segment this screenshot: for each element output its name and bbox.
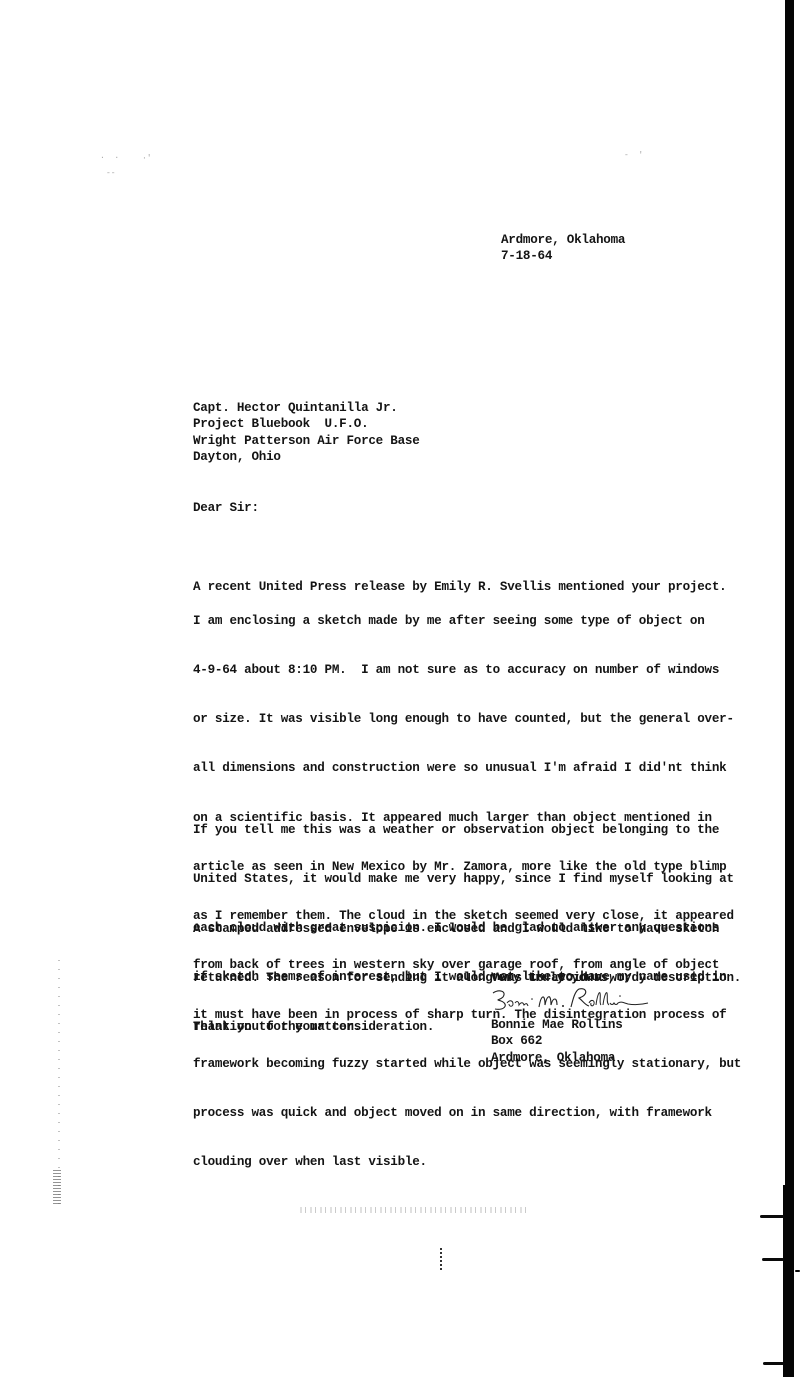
handwritten-signature: Bonnie M. Rollins [489,985,659,1015]
sender-city: Ardmore, Oklahoma [501,232,625,248]
scan-speck: ·' [142,155,152,163]
paragraph-line: all dimensions and construction were so … [193,760,741,776]
paragraph-line: 4-9-64 about 8:10 PM. I am not sure as t… [193,662,741,678]
closing: Very truly yours, [491,970,615,986]
scan-border-right [785,0,794,1377]
body-paragraph-4: A stamped addressed envelope is enclosed… [193,888,741,1068]
sender-address: Ardmore, Oklahoma7-18-64 [501,232,625,265]
scan-edge-tick [760,1215,784,1218]
paragraph-line: If you tell me this was a weather or obs… [193,822,734,838]
scan-border-right-lower [783,1185,793,1377]
paragraph-line: United States, it would make me very hap… [193,871,734,887]
scan-noise [53,1170,61,1205]
signer-city: Ardmore, Oklahoma [491,1050,623,1066]
scan-speck: . . [100,153,119,161]
signer-box: Box 662 [491,1033,623,1049]
scan-noise [440,1248,442,1270]
scan-noise [300,1207,530,1213]
recipient-project: Project Bluebook U.F.O. [193,416,420,432]
recipient-address: Capt. Hector Quintanilla Jr.Project Blue… [193,400,420,466]
signer-address: Bonnie Mae RollinsBox 662Ardmore, Oklaho… [491,1017,623,1066]
recipient-city: Dayton, Ohio [193,449,420,465]
scan-speck: -- [106,170,116,178]
scan-edge-tick [762,1258,784,1261]
scan-edge-tick [763,1362,784,1365]
paragraph-line: A stamped addressed envelope is enclosed… [193,921,741,937]
paragraph-line: or size. It was visible long enough to h… [193,711,741,727]
paragraph-line: I am enclosing a sketch made by me after… [193,613,741,629]
signer-name: Bonnie Mae Rollins [491,1017,623,1033]
paragraph-line: returned. The reason for sending it alon… [193,970,741,986]
scan-speck: - ' [624,152,643,160]
paragraph-line: clouding over when last visible. [193,1154,741,1170]
paragraph-line: process was quick and object moved on in… [193,1105,741,1121]
paragraph-line: Thank you for your consideration. [193,1019,741,1035]
letter-page: . . -- ·' - ' Ardmore, Oklahoma7-18-64 C… [0,0,800,1377]
letter-date: 7-18-64 [501,248,625,264]
salutation: Dear Sir: [193,500,259,516]
recipient-base: Wright Patterson Air Force Base [193,433,420,449]
scan-edge-tick [795,1270,800,1272]
recipient-name: Capt. Hector Quintanilla Jr. [193,400,420,416]
